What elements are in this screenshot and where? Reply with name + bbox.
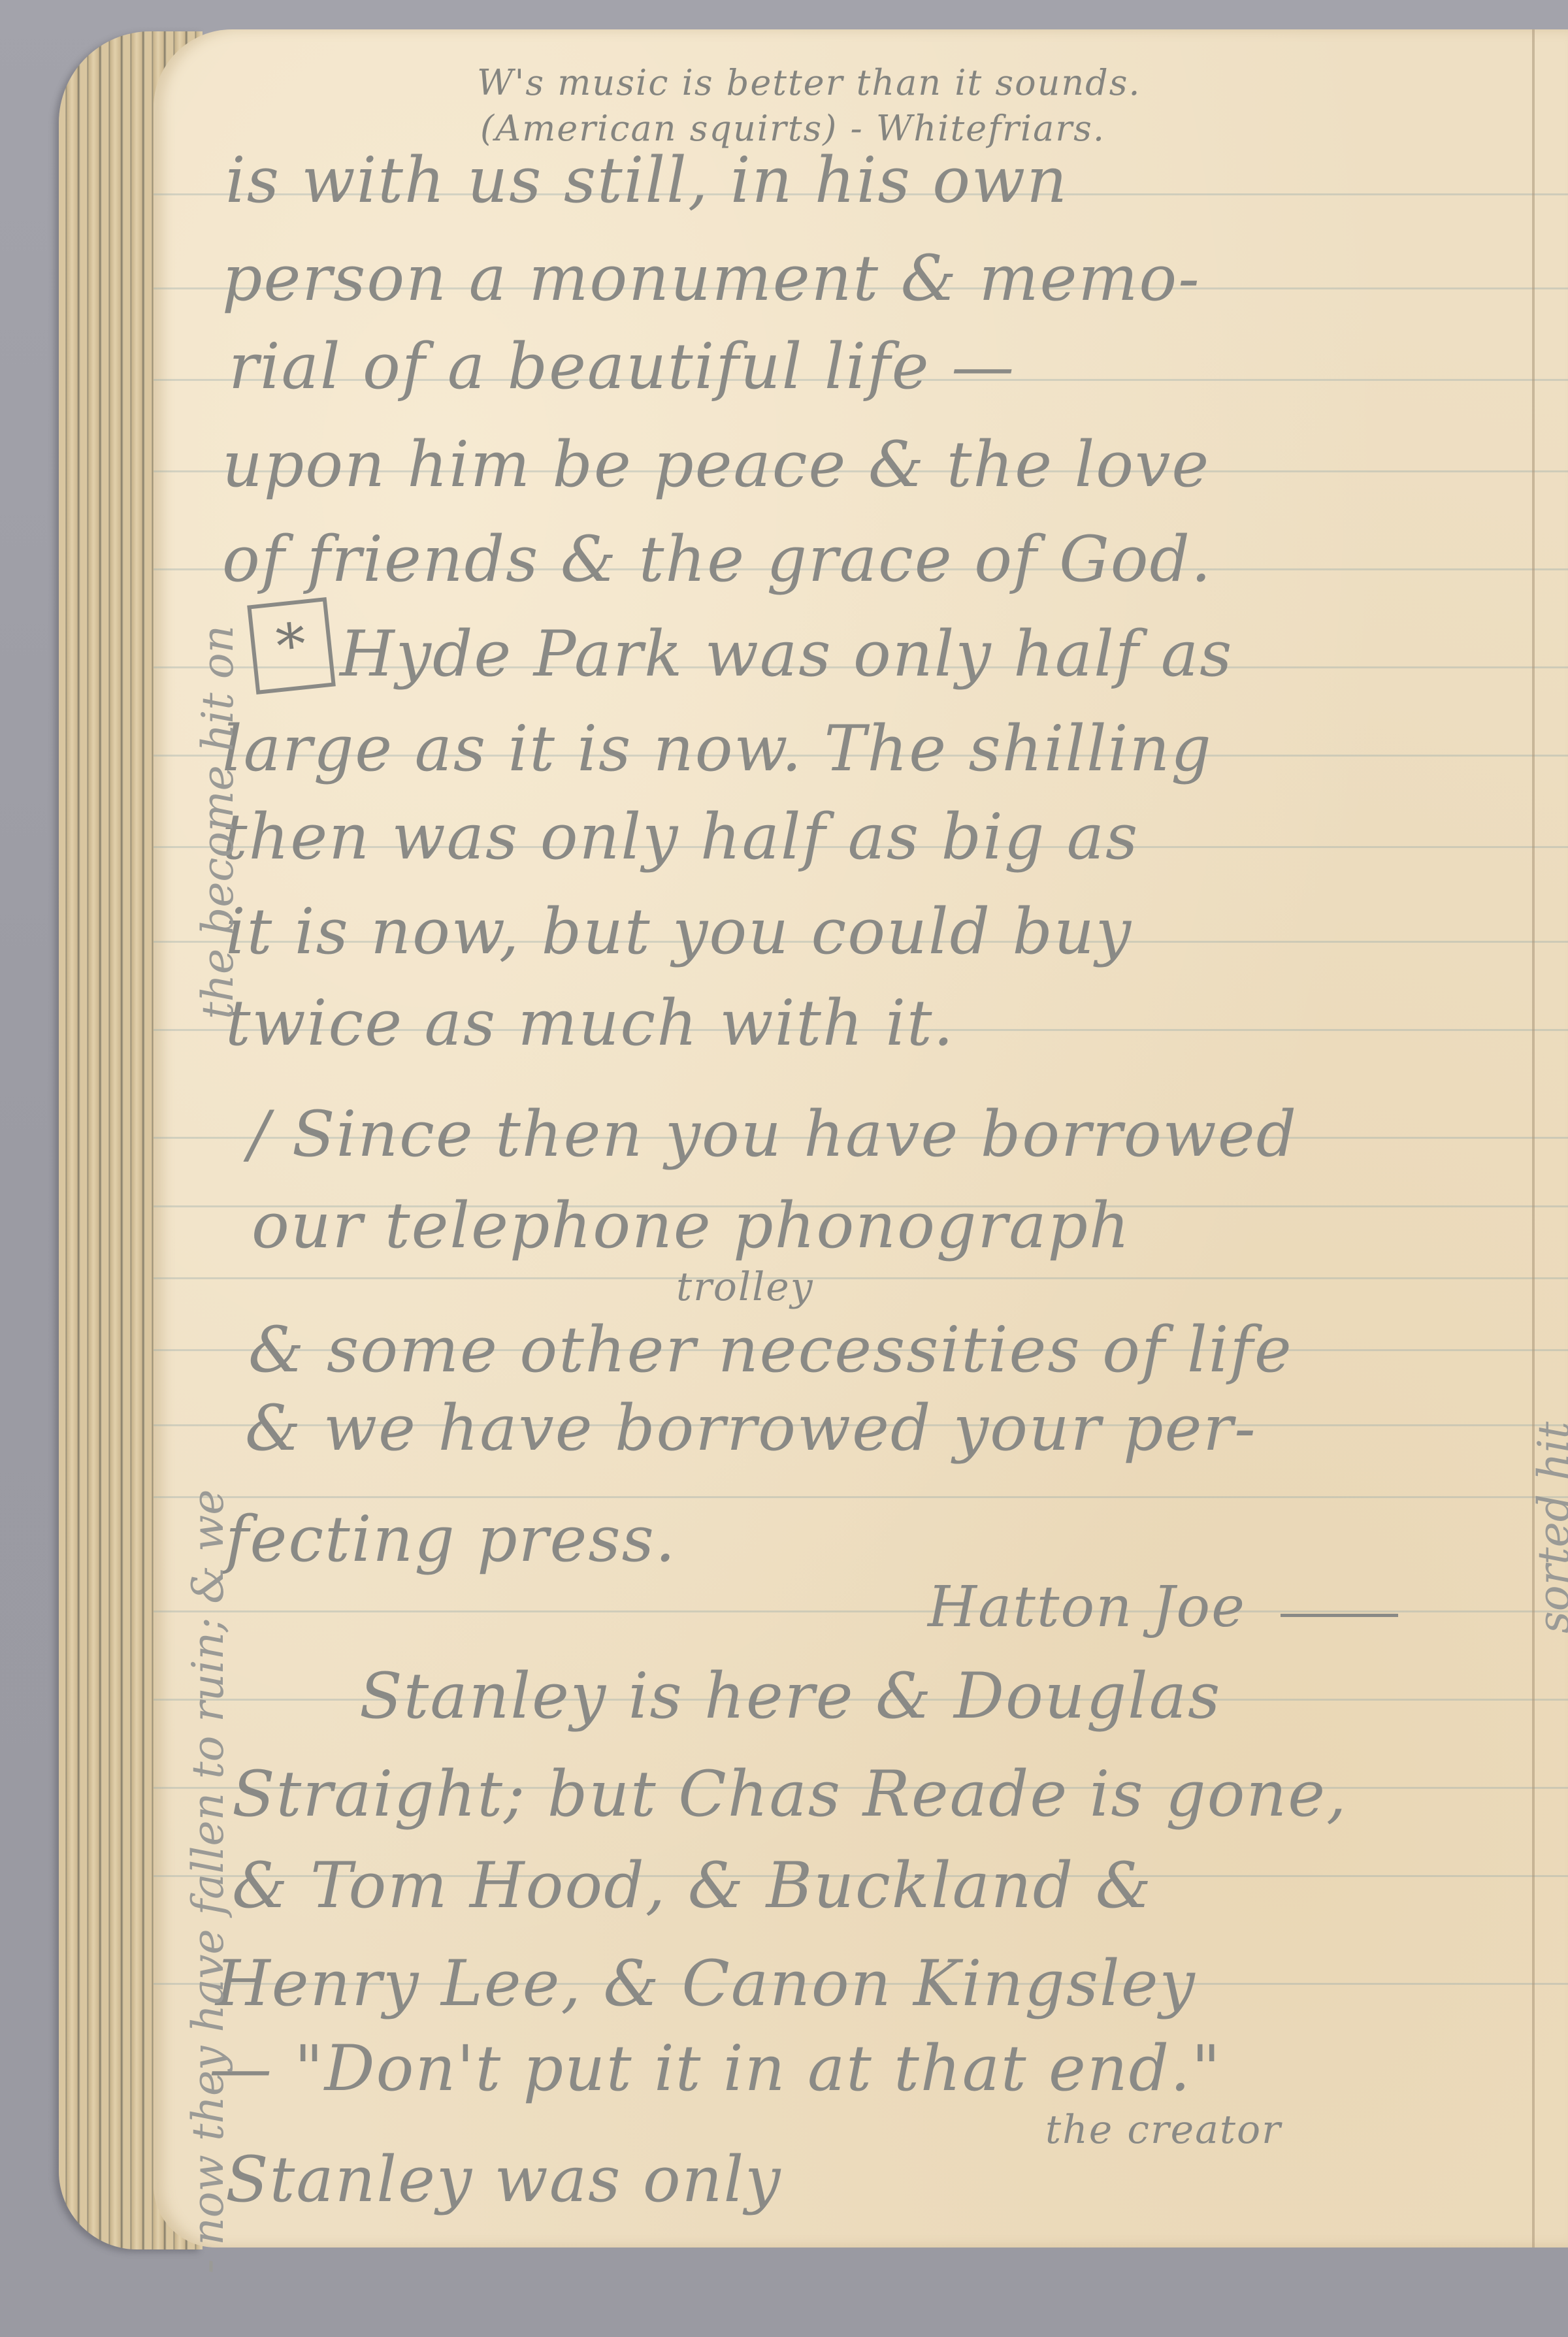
left-margin-note-upper: the become hit on	[193, 625, 243, 1019]
asterisk-box-mark: *	[247, 597, 336, 695]
rule-line	[154, 1610, 1568, 1612]
rule-line	[154, 1277, 1568, 1279]
text-line-13: & some other necessities of life	[248, 1313, 1293, 1386]
text-line-4: upon him be peace & the love	[222, 428, 1210, 501]
text-line-8: then was only half as big as	[222, 800, 1139, 874]
text-line-16: Stanley is here & Douglas	[359, 1659, 1221, 1733]
text-line-3: rial of a beautiful life —	[229, 330, 1015, 403]
text-line-15: fecting press.	[225, 1503, 676, 1576]
text-line-2: person a monument & memo-	[222, 242, 1201, 315]
text-line-9: it is now, but you could buy	[225, 895, 1132, 968]
text-line-5: of friends & the grace of God.	[222, 523, 1213, 596]
text-line-1: is with us still, in his own	[225, 144, 1068, 217]
insertion-trolley: trolley	[676, 1264, 814, 1310]
top-note-line-2: (American squirts) - Whitefriars.	[480, 108, 1105, 149]
text-line-19: Henry Lee, & Canon Kingsley	[216, 1947, 1196, 2020]
insertion-the-creator: the creator	[1045, 2107, 1282, 2153]
text-line-21: Stanley was only	[225, 2143, 781, 2216]
text-line-11: / Since then you have borrowed	[248, 1098, 1298, 1171]
asterisk-icon: *	[273, 610, 310, 681]
text-line-7: large as it is now. The shilling	[222, 712, 1213, 785]
text-line-6: Hyde Park was only half as	[340, 617, 1233, 691]
text-line-12: our telephone phonograph	[252, 1189, 1131, 1262]
right-margin-note: sorted hit	[1529, 1422, 1568, 1633]
text-line-14: & we have borrowed your per-	[245, 1392, 1257, 1465]
signature-flourish	[1281, 1614, 1398, 1617]
top-note-line-1: W's music is better than it sounds.	[477, 62, 1141, 103]
text-line-17: Straight; but Chas Reade is gone,	[232, 1757, 1348, 1831]
page-fold	[1532, 29, 1535, 2247]
rule-line	[154, 1496, 1568, 1498]
signature-hatton-joe: Hatton Joe	[928, 1575, 1246, 1640]
text-line-20: — "Don't put it in at that end."	[209, 2032, 1222, 2105]
text-line-10: twice as much with it.	[225, 987, 955, 1060]
text-line-18: & Tom Hood, & Buckland &	[232, 1849, 1152, 1922]
left-margin-note-lower: - now they have fallen to ruin; & we	[183, 1490, 233, 2274]
